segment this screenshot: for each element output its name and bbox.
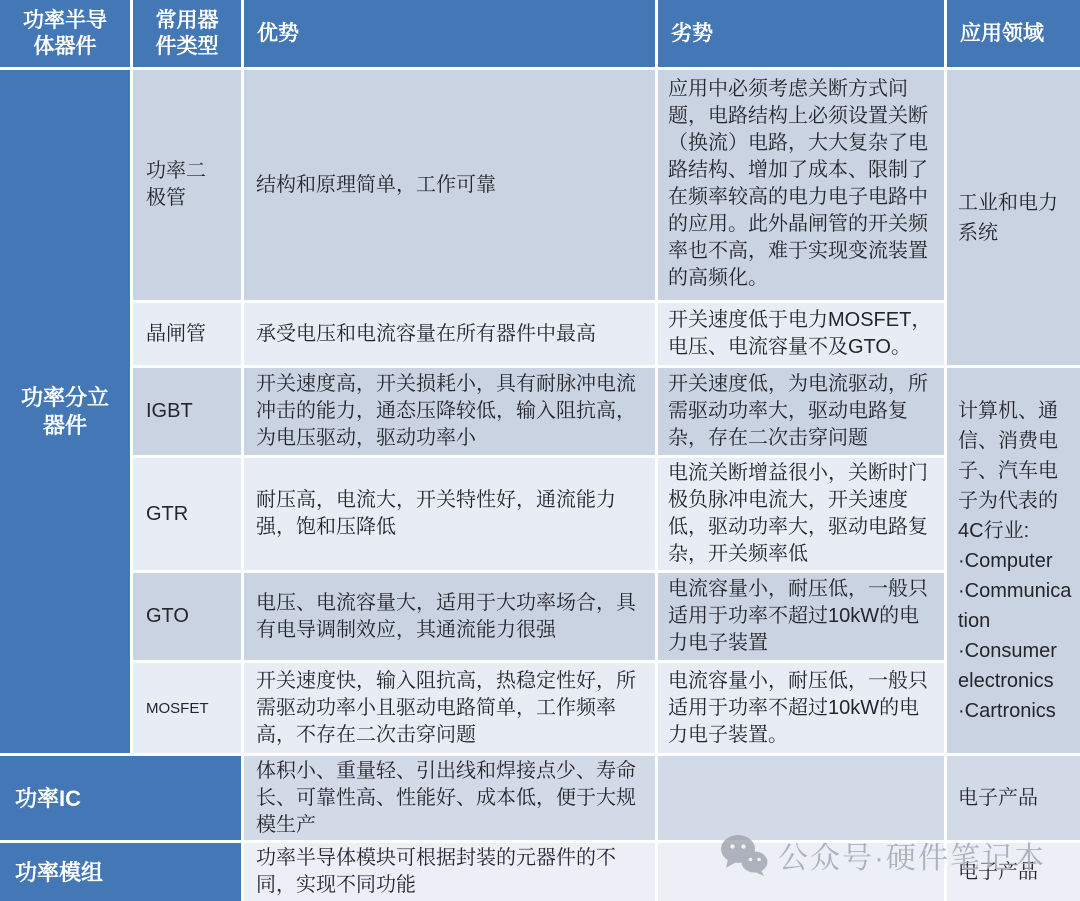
cell-adv-gtr: 耐压高，电流大，开关特性好，通流能力强，饱和压降低 [244,458,655,570]
cell-dis-gto: 电流容量小，耐压低，一般只适用于功率不超过10kW的电力电子装置 [658,573,944,660]
header-disadvantage: 劣势 [658,0,944,67]
power-semiconductor-table: 功率半导 体器件 常用器 件类型 优势 劣势 应用领域 功率分立 器件 功率二极… [0,0,1080,901]
header-application: 应用领域 [947,0,1080,67]
cell-type-gto: GTO [133,573,241,660]
row-label-power-ic: 功率IC [0,756,241,840]
cell-adv-igbt: 开关速度高，开关损耗小，具有耐脉冲电流冲击的能力，通态压降较低，输入阻抗高，为电… [244,368,655,455]
cell-type-thyristor: 晶闸管 [133,303,241,365]
group-label-discrete-devices: 功率分立 器件 [0,70,130,753]
cell-app-power-module: 电子产品 [947,843,1080,901]
header-advantage: 优势 [244,0,655,67]
cell-type-gtr: GTR [133,458,241,570]
cell-app-power-ic: 电子产品 [947,756,1080,840]
cell-adv-thyristor: 承受电压和电流容量在所有器件中最高 [244,303,655,365]
cell-adv-mosfet: 开关速度快，输入阻抗高，热稳定性好，所需驱动功率小且驱动电路简单，工作频率高，不… [244,663,655,753]
cell-type-igbt: IGBT [133,368,241,455]
cell-adv-power-diode: 结构和原理简单，工作可靠 [244,70,655,300]
cell-type-mosfet: MOSFET [133,663,241,753]
cell-adv-power-ic: 体积小、重量轻、引出线和焊接点少、寿命长、可靠性高、性能好、成本低，便于大规模生… [244,756,655,840]
cell-dis-power-module [658,843,944,901]
cell-dis-thyristor: 开关速度低于电力MOSFET，电压、电流容量不及GTO。 [658,303,944,365]
cell-adv-gto: 电压、电流容量大，适用于大功率场合，具有电导调制效应，其通流能力很强 [244,573,655,660]
cell-dis-gtr: 电流关断增益很小，关断时门极负脉冲电流大，开关速度低，驱动功率大，驱动电路复杂，… [658,458,944,570]
cell-type-power-diode: 功率二极管 [133,70,241,300]
cell-adv-power-module: 功率半导体模块可根据封装的元器件的不同，实现不同功能 [244,843,655,901]
cell-app-industrial-power: 工业和电力系统 [947,70,1080,365]
row-label-power-module: 功率模组 [0,843,241,901]
header-device-type: 常用器 件类型 [133,0,241,67]
cell-dis-mosfet: 电流容量小，耐压低，一般只适用于功率不超过10kW的电力电子装置。 [658,663,944,753]
header-device-category: 功率半导 体器件 [0,0,130,67]
cell-dis-igbt: 开关速度低，为电流驱动，所需驱动功率大，驱动电路复杂，存在二次击穿问题 [658,368,944,455]
cell-dis-power-diode: 应用中必须考虑关断方式问题，电路结构上必须设置关断（换流）电路，大大复杂了电路结… [658,70,944,300]
cell-app-4c-industries: 计算机、通信、消费电子、汽车电子为代表的4C行业: ·Computer ·Com… [947,368,1080,753]
cell-dis-power-ic [658,756,944,840]
